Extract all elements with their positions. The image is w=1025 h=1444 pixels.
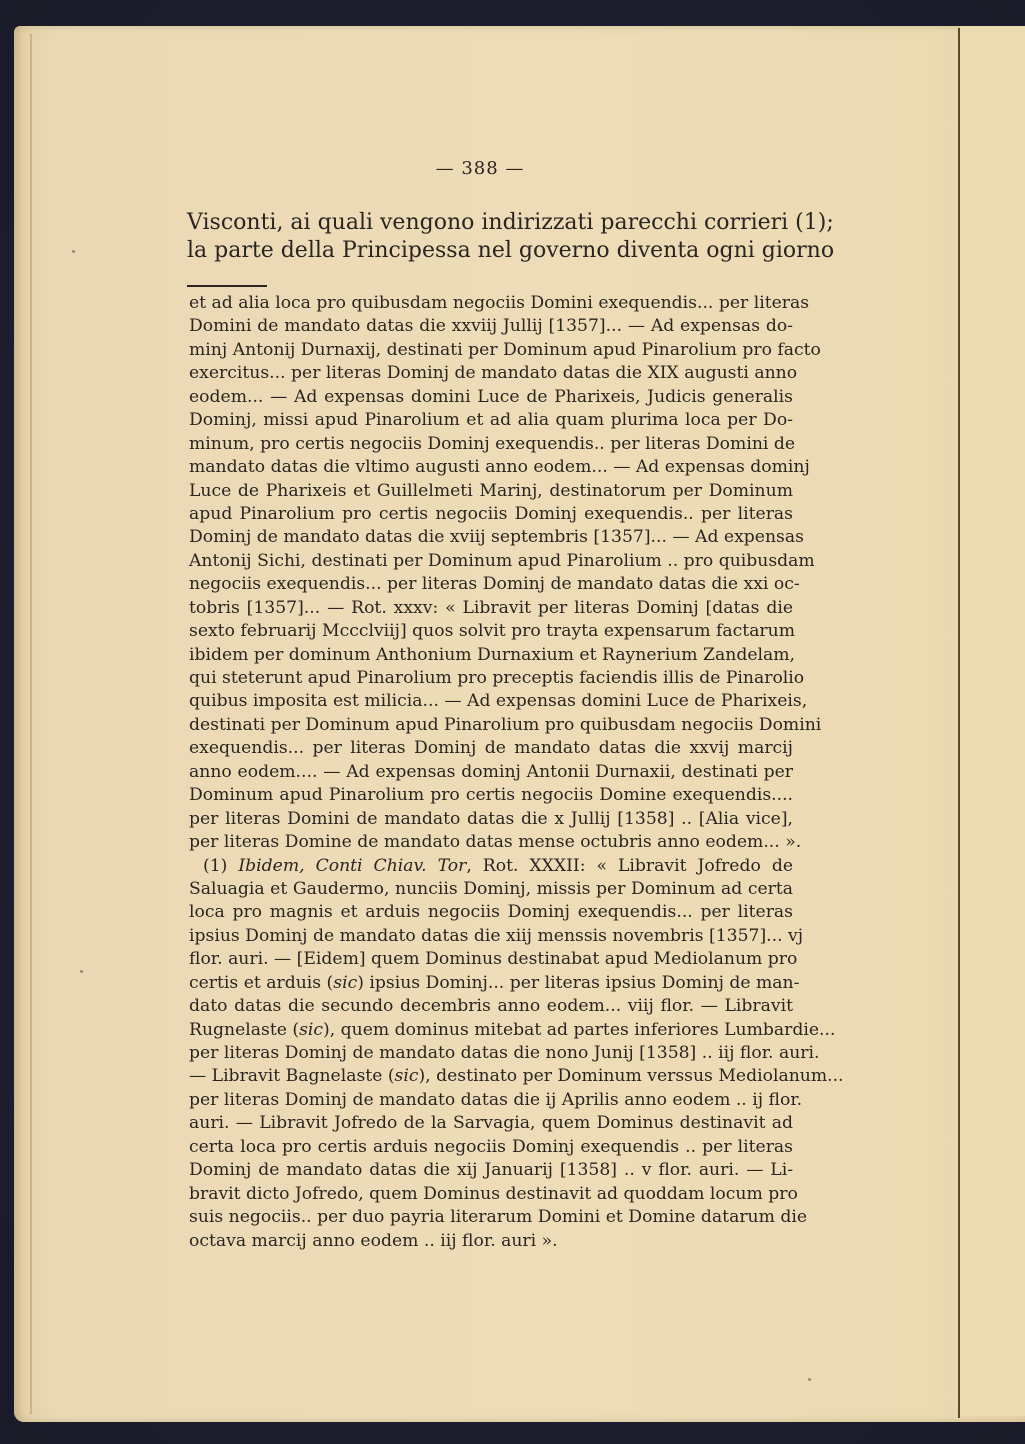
paper-speck — [808, 1378, 811, 1381]
footnote-line: ipsius Dominj de mandato datas die xiij … — [189, 925, 793, 948]
footnote-line: Luce de Pharixeis et Guillelmeti Marinj,… — [189, 480, 793, 503]
footnote-line: destinati per Dominum apud Pinarolium pr… — [189, 714, 793, 737]
footnote-line: Saluagia et Gaudermo, nunciis Dominj, mi… — [189, 878, 793, 901]
footnote-1-start: (1) Ibidem, Conti Chiav. Tor, Rot. XXXII… — [189, 855, 793, 878]
footnote-line: exequendis... per literas Dominj de mand… — [189, 737, 793, 760]
footnote-line: bravit dicto Jofredo, quem Dominus desti… — [189, 1183, 793, 1206]
footnote-separator — [187, 285, 267, 287]
text: — Libravit Bagnelaste ( — [189, 1066, 395, 1086]
footnote-line: certis et arduis (sic) ipsius Dominj... … — [189, 972, 793, 995]
footnote-line: octava marcij anno eodem .. iij flor. au… — [189, 1230, 793, 1253]
footnote-marker: (1) — [203, 856, 227, 876]
footnote-line: quibus imposita est milicia... — Ad expe… — [189, 690, 793, 713]
footnote-reference: Ibidem, Conti Chiav. Tor — [238, 856, 466, 876]
footnote-line: Antonij Sichi, destinati per Dominum apu… — [189, 550, 793, 573]
footnote-line: per literas Dominj de mandato datas die … — [189, 1042, 793, 1065]
footnote-line: dato datas die secundo decembris anno eo… — [189, 995, 793, 1018]
main-text-line: la parte della Principessa nel governo d… — [187, 237, 787, 265]
footnote-line: tobris [1357]... — Rot. xxxv: « Libravit… — [189, 597, 793, 620]
footnote-line: per literas Dominj de mandato datas die … — [189, 1089, 793, 1112]
footnote-line: minj Antonij Durnaxij, destinati per Dom… — [189, 339, 793, 362]
footnote-line: qui steterunt apud Pinarolium pro precep… — [189, 667, 793, 690]
footnote-line: eodem... — Ad expensas domini Luce de Ph… — [189, 386, 793, 409]
text: certis et arduis ( — [189, 973, 333, 993]
text: ) ipsius Dominj... per literas ipsius Do… — [357, 973, 799, 993]
footnote-line: flor. auri. — [Eidem] quem Dominus desti… — [189, 948, 793, 971]
footnote-line: per literas Domini de mandato datas die … — [189, 808, 793, 831]
footnote-line: auri. — Libravit Jofredo de la Sarvagia,… — [189, 1112, 793, 1135]
sic-note: sic — [299, 1020, 323, 1040]
text: ), quem dominus mitebat ad partes inferi… — [323, 1020, 835, 1040]
main-text-line: Visconti, ai quali vengono indirizzati p… — [187, 209, 787, 237]
footnote-line: Domini de mandato datas die xxviij Julli… — [189, 315, 793, 338]
footnote-line: mandato datas die vltimo augusti anno eo… — [189, 456, 793, 479]
text: ), destinato per Dominum verssus Mediola… — [419, 1066, 844, 1086]
paper-speck — [80, 970, 83, 973]
paper-speck — [72, 250, 75, 253]
footnote-line: Dominj, missi apud Pinarolium et ad alia… — [189, 409, 793, 432]
footnote-line: Dominum apud Pinarolium pro certis negoc… — [189, 784, 793, 807]
footnote-line: sexto februarij Mccclviij] quos solvit p… — [189, 620, 793, 643]
footnote-line: anno eodem.... — Ad expensas dominj Anto… — [189, 761, 793, 784]
page-number: — 388 — — [0, 158, 960, 179]
footnote-line: negociis exequendis... per literas Domin… — [189, 573, 793, 596]
footnote-line: Rugnelaste (sic), quem dominus mitebat a… — [189, 1019, 793, 1042]
footnote-line: et ad alia loca pro quibusdam negociis D… — [189, 292, 793, 315]
footnote-line: apud Pinarolium pro certis negociis Domi… — [189, 503, 793, 526]
footnote-line: ibidem per dominum Anthonium Durnaxium e… — [189, 644, 793, 667]
footnote-line: — Libravit Bagnelaste (sic), destinato p… — [189, 1065, 793, 1088]
footnote-line: certa loca pro certis arduis negociis Do… — [189, 1136, 793, 1159]
footnote-line: Dominj de mandato datas die xij Januarij… — [189, 1159, 793, 1182]
main-text: Visconti, ai quali vengono indirizzati p… — [187, 209, 787, 265]
footnote-text: , Rot. XXXII: « Libravit Jofredo de — [466, 856, 793, 876]
text: Rugnelaste ( — [189, 1020, 299, 1040]
footnote-line: per literas Domine de mandato datas mens… — [189, 831, 793, 854]
footnote-line: Dominj de mandato datas die xviij septem… — [189, 526, 793, 549]
footnote-line: loca pro magnis et arduis negociis Domin… — [189, 901, 793, 924]
sic-note: sic — [333, 973, 357, 993]
adjacent-page — [960, 26, 1025, 1416]
footnotes: et ad alia loca pro quibusdam negociis D… — [189, 292, 793, 1253]
sic-note: sic — [395, 1066, 419, 1086]
footnote-line: suis negociis.. per duo payria literarum… — [189, 1206, 793, 1229]
footnote-line: minum, pro certis negociis Dominj exeque… — [189, 433, 793, 456]
page-edge — [30, 34, 32, 1414]
footnote-line: exercitus... per literas Dominj de manda… — [189, 362, 793, 385]
